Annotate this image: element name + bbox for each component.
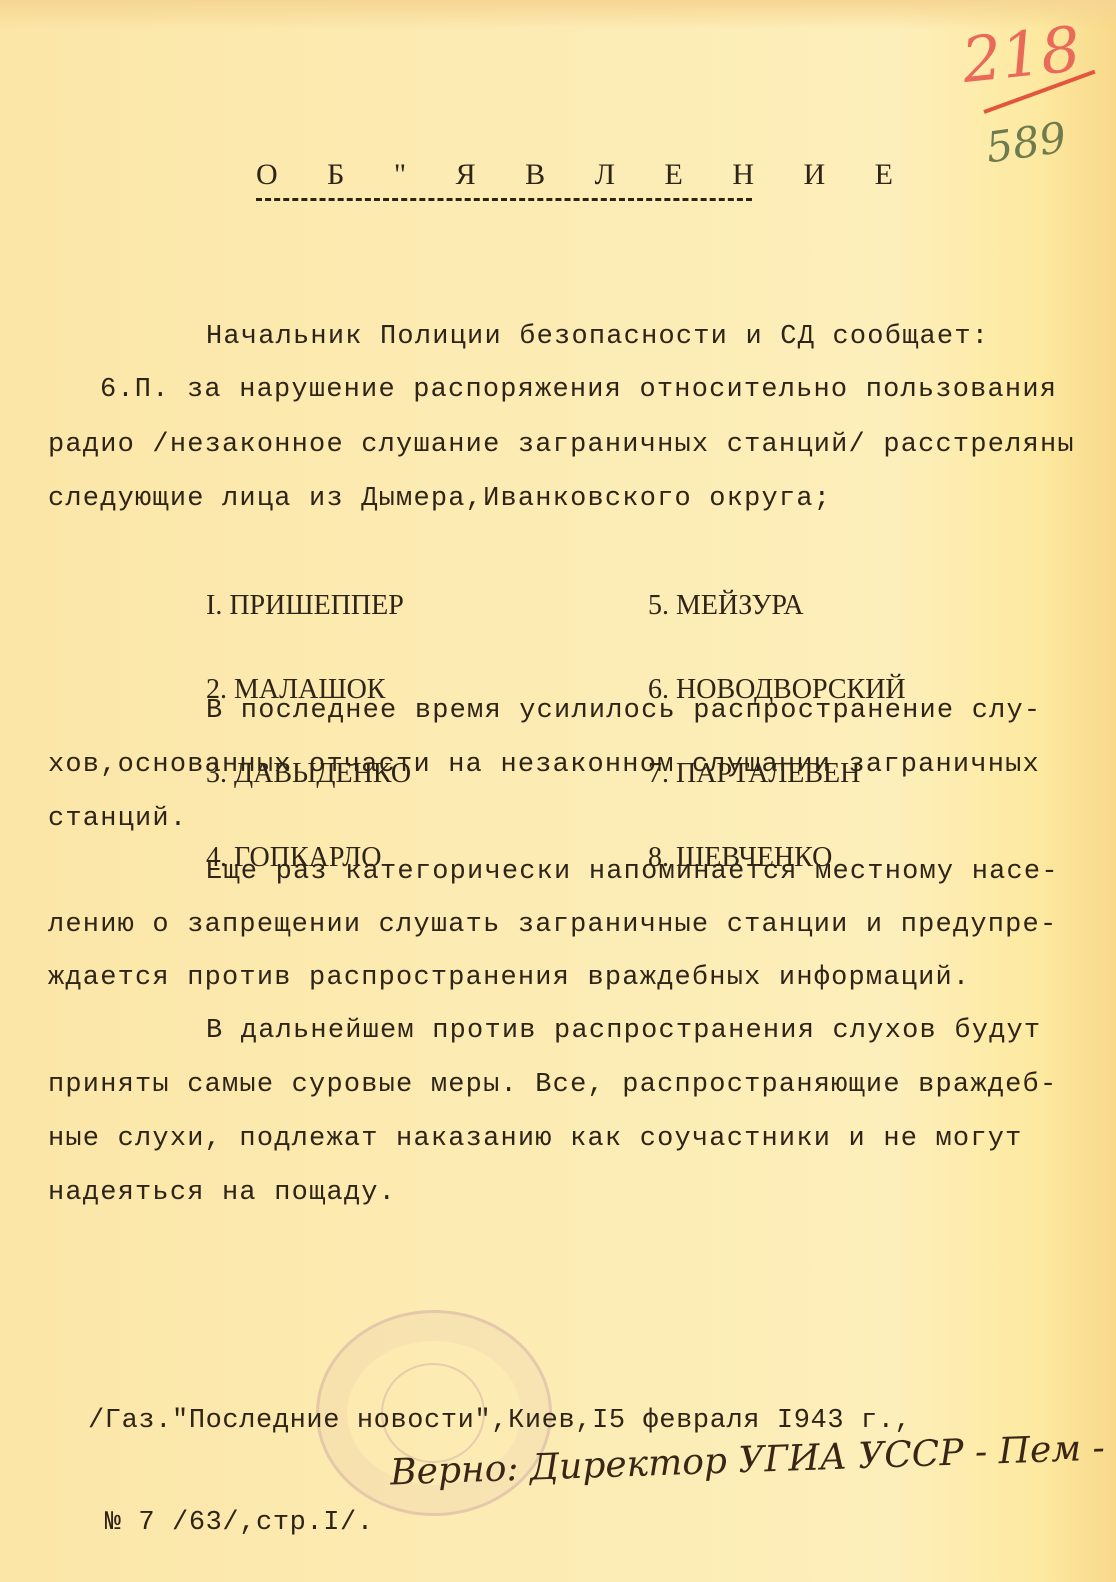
list-item: 5. МЕЙЗУРА	[648, 592, 906, 620]
paragraph-line: надеяться на пощаду.	[48, 1178, 396, 1208]
list-item: I. ПРИШЕППЕР	[206, 592, 411, 620]
citation-line: № 7 /63/,стр.I/.	[88, 1506, 911, 1540]
document-title: О Б " Я В Л Е Н И Е	[256, 158, 914, 192]
paragraph-line: ные слухи, подлежат наказанию как соучас…	[48, 1124, 1023, 1154]
citation-line: /Газ."Последние новости",Киев,I5 февраля…	[88, 1404, 911, 1438]
paragraph-line: Еще раз категорически напоминается местн…	[206, 857, 1059, 887]
paragraph-line: В дальнейшем против распространения слух…	[206, 1016, 1041, 1046]
paragraph-line: ждается против распространения враждебны…	[48, 963, 970, 993]
paragraph-line: 6.П. за нарушение распоряжения относител…	[100, 375, 1057, 405]
paragraph-line: радио /незаконное слушание заграничных с…	[48, 430, 1075, 460]
intro-line: Начальник Полиции безопасности и СД сооб…	[206, 322, 989, 352]
paragraph-line: хов,основанных отчасти на незаконном слу…	[48, 750, 1040, 780]
paper-edge-shade	[0, 0, 1116, 30]
paragraph-line: приняты самые суровые меры. Все, распрос…	[48, 1070, 1057, 1100]
title-underline	[256, 198, 752, 201]
paragraph-line: следующие лица из Дымера,Иванковского ок…	[48, 484, 831, 514]
paragraph-line: В последнее время усилилось распростране…	[206, 696, 1041, 726]
paragraph-line: станций.	[48, 804, 187, 834]
paragraph-line: лению о запрещении слушать заграничные с…	[48, 910, 1057, 940]
old-page-number: 589	[983, 113, 1069, 173]
